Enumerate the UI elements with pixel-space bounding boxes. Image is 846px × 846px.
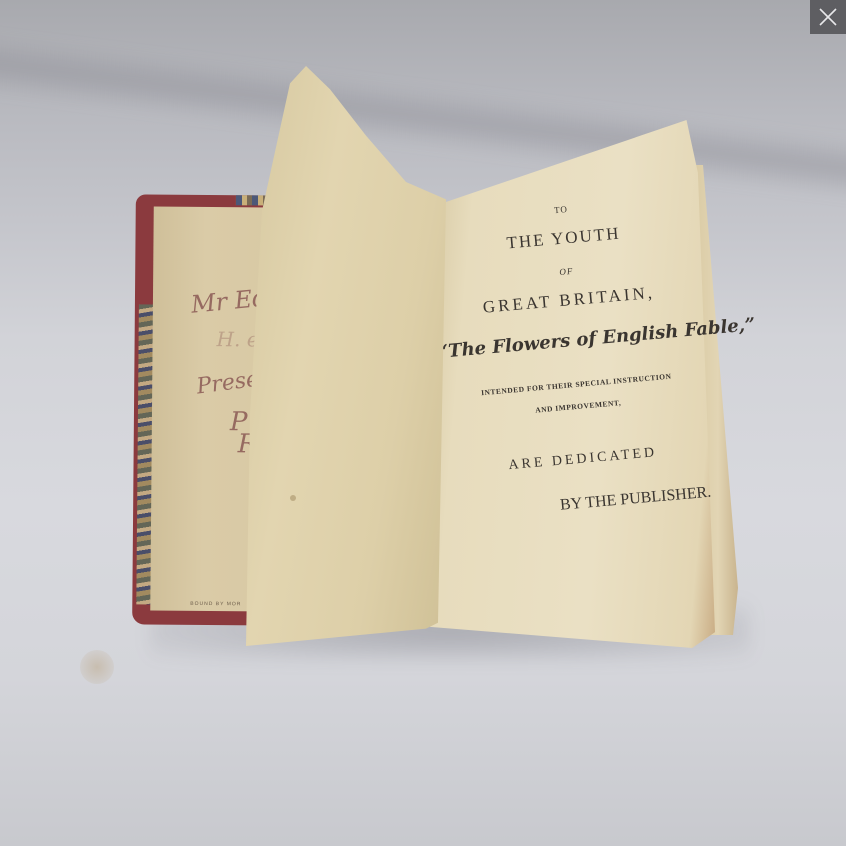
close-icon [818,7,838,27]
dedication-line: THE YOUTH [428,217,699,260]
dedication-line: ARE DEDICATED [448,440,718,479]
photo-scene: Mr Ed H. e Presented P R BOUND BY MOR TO… [0,0,846,846]
inscription-line: H. e [217,327,259,351]
dedication-book-title: “The Flowers of English Fable,” [437,318,708,362]
foxing-spot [290,495,296,501]
dedication-signoff: BY THE PUBLISHER. [481,483,722,522]
cloth-stain [80,650,114,684]
binder-ticket: BOUND BY MOR [190,601,241,607]
dedication-line: GREAT BRITAIN, [434,279,705,322]
close-button[interactable] [810,0,846,34]
dedication-text: TO THE YOUTH OF GREAT BRITAIN, “The Flow… [425,179,725,561]
